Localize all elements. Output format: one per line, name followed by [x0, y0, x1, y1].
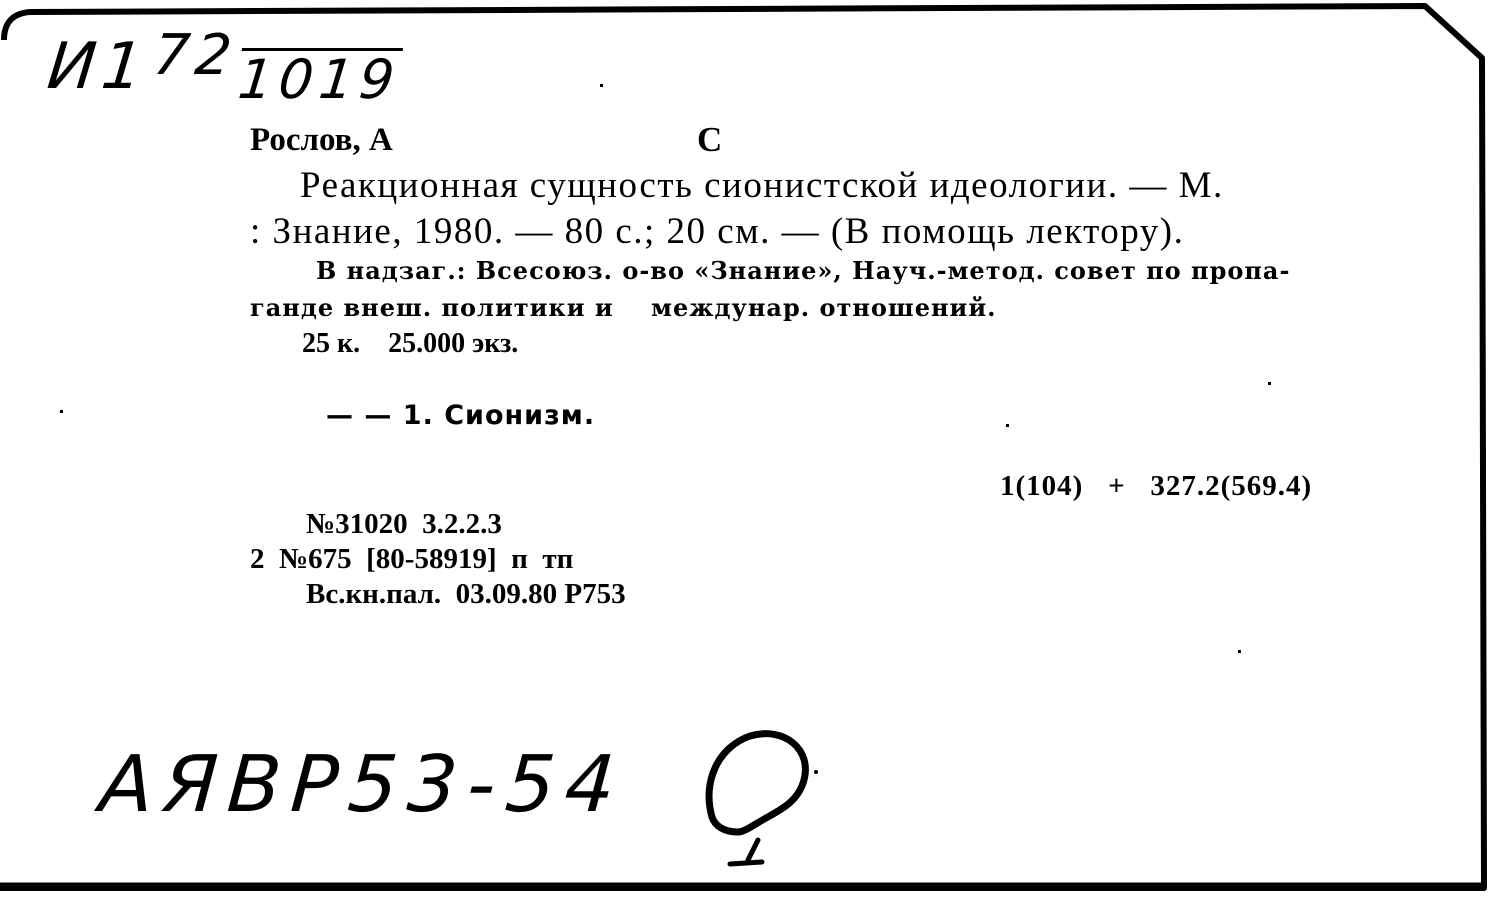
- title-line-1: Реакционная сущность сионистской идеолог…: [300, 164, 1224, 207]
- scan-speck: [60, 410, 63, 413]
- author-heading: Рослов, А: [250, 122, 393, 159]
- classification-letter: С: [697, 120, 722, 160]
- note-line-2: ганде внеш. политики и междунар. отношен…: [250, 293, 997, 322]
- scan-speck: [1268, 382, 1271, 385]
- registry-line-3: Вс.кн.пал. 03.09.80 Р753: [306, 578, 626, 611]
- registry-line-2: 2 №675 [80-58919] п тп: [250, 543, 573, 576]
- shelf-mark-main: И1: [44, 30, 152, 104]
- scan-speck: [1238, 650, 1241, 653]
- shelf-mark-fraction: 1019: [236, 48, 404, 107]
- note-line-1: В надзаг.: Всесоюз. о-во «Знание», Науч.…: [316, 256, 1290, 285]
- classification-numbers: 1(104) + 327.2(569.4): [1000, 470, 1312, 503]
- handwritten-code: АЯВР53-54: [97, 740, 628, 830]
- shelf-mark-superscript: 72: [150, 23, 240, 88]
- subject-heading: — — 1. Сионизм.: [326, 400, 595, 431]
- price-and-print-run: 25 к. 25.000 экз.: [302, 328, 518, 360]
- handwritten-circle-mark: [700, 722, 820, 872]
- title-line-2: : Знание, 1980. — 80 с.; 20 см. — (В пом…: [250, 210, 1184, 253]
- scan-speck: [600, 84, 603, 87]
- scan-speck: [1006, 424, 1009, 427]
- shelf-mark: И1721019: [44, 30, 405, 104]
- registry-line-1: №31020 3.2.2.3: [306, 508, 502, 541]
